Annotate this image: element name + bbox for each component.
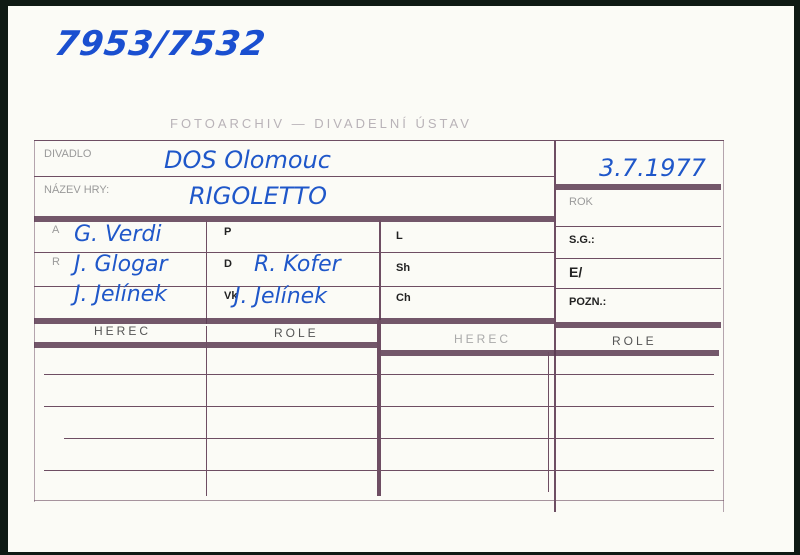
header-herec-2: HEREC [454, 332, 511, 346]
credit-label-d: D [224, 258, 232, 270]
sg-label: S.G.: [569, 234, 595, 246]
e-label: E/ [569, 264, 582, 280]
nazev-hry-value: RIGOLETTO [189, 182, 327, 210]
header-role-2: ROLE [612, 334, 657, 348]
archive-number: 7953/7532 [52, 24, 268, 64]
record-card: DIVADLO DOS Olomouc NÁZEV HRY: RIGOLETTO… [34, 140, 724, 512]
nazev-hry-label: NÁZEV HRY: [44, 184, 109, 196]
divadlo-label: DIVADLO [44, 148, 91, 160]
rok-label: ROK [569, 196, 593, 208]
header-role-1: ROLE [274, 326, 319, 340]
date-value: 3.7.1977 [599, 154, 706, 182]
credit-label-a: A [52, 224, 59, 236]
credit-value-designer: R. Kofer [254, 252, 341, 277]
stamp-title: FOTOARCHIV — DIVADELNÍ ÚSTAV [170, 116, 472, 131]
credit-label-l: L [396, 230, 403, 242]
credit-label-ch: Ch [396, 292, 411, 304]
pozn-label: POZN.: [569, 296, 606, 308]
credit-label-p: P [224, 226, 231, 238]
credit-value-costume: J. Jelínek [234, 284, 327, 309]
credit-label-r: R [52, 256, 60, 268]
credit-value-composer: G. Verdi [74, 222, 161, 247]
divadlo-value: DOS Olomouc [164, 146, 331, 174]
header-herec-1: HEREC [94, 324, 151, 338]
credit-value-director: J. Glogar [74, 252, 168, 277]
credit-label-sh: Sh [396, 262, 410, 274]
credit-value-conductor: J. Jelínek [74, 282, 167, 307]
